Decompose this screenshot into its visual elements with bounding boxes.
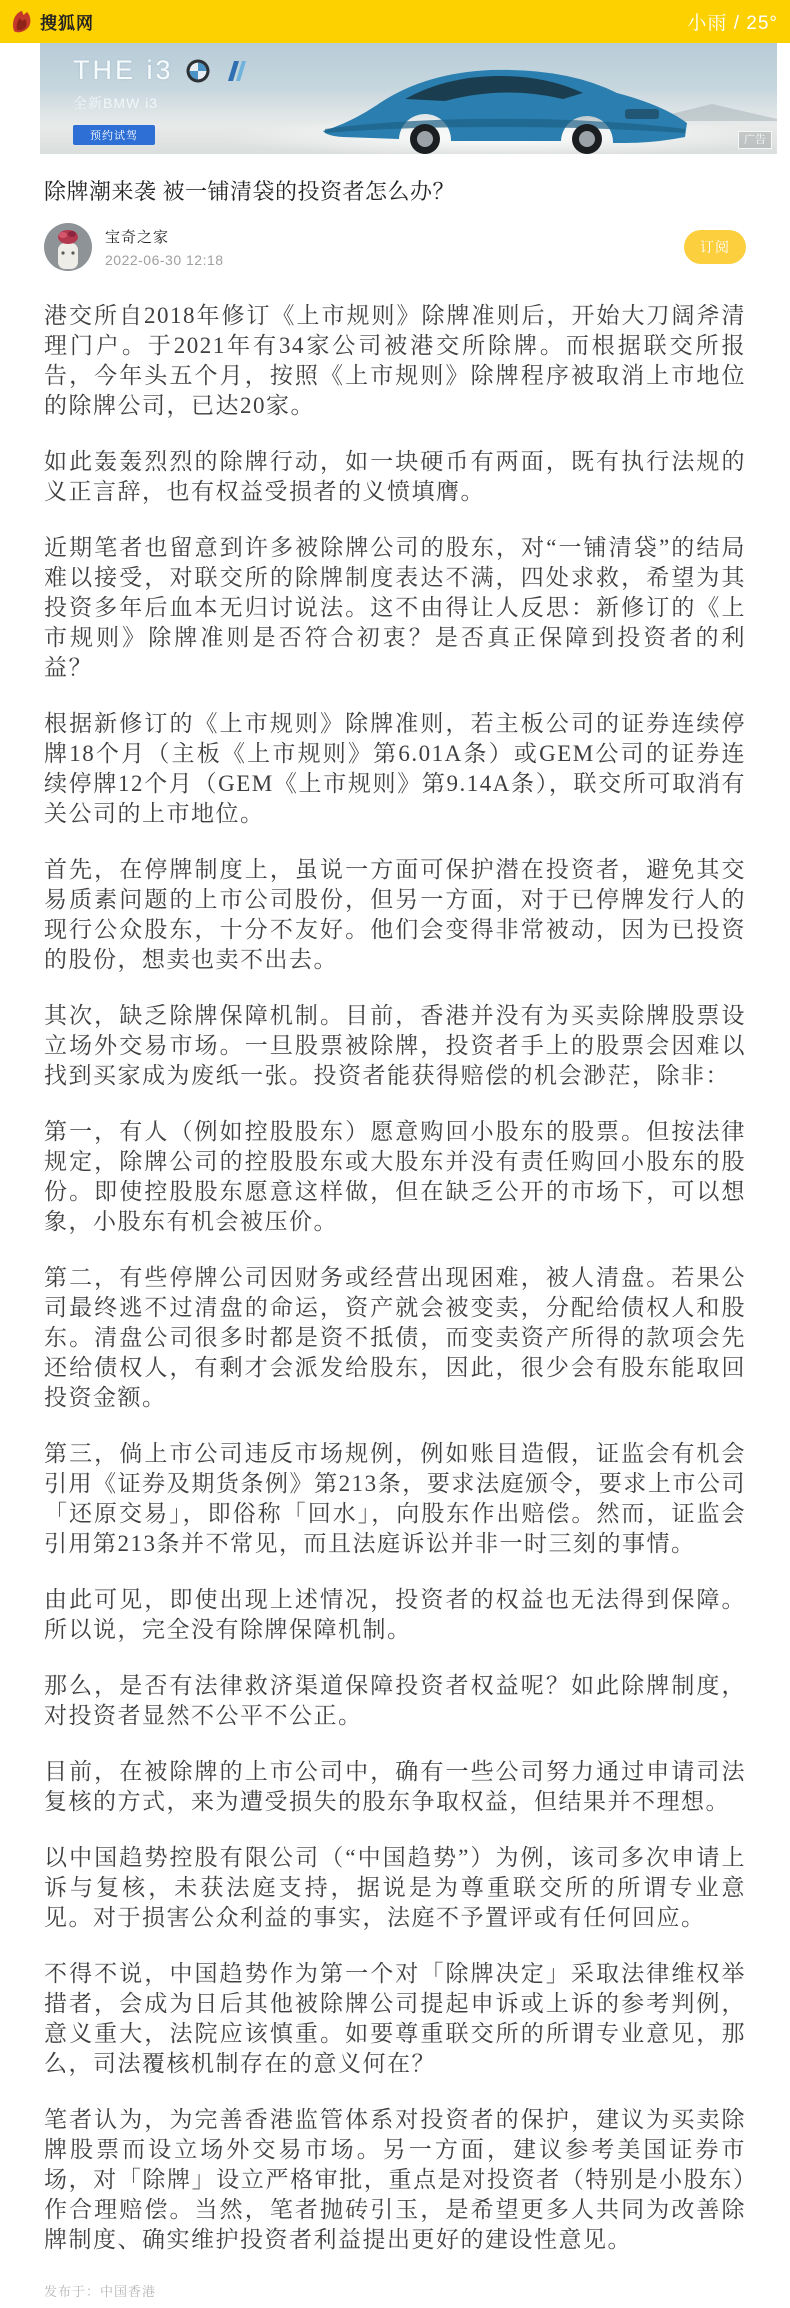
test-drive-button[interactable]: 预约试驾 (73, 125, 155, 145)
subscribe-button[interactable]: 订阅 (684, 230, 746, 264)
paragraph: 由此可见，即使出现上述情况，投资者的权益也无法得到保障。所以说，完全没有除牌保障… (44, 1585, 746, 1645)
paragraph: 如此轰轰烈烈的除牌行动，如一块硬币有两面，既有执行法规的义正言辞，也有权益受损者… (44, 447, 746, 507)
paragraph: 第三，倘上市公司违反市场规例，例如账目造假，证监会有机会引用《证券及期货条例》第… (44, 1439, 746, 1559)
banner-subline: 全新BMW i3 (73, 93, 252, 113)
paragraph: 其次，缺乏除牌保障机制。目前，香港并没有为买卖除牌股票设立场外交易市场。一旦股票… (44, 1001, 746, 1091)
paragraph: 首先，在停牌制度上，虽说一方面可保护潜在投资者，避免其交易质素问题的上市公司股份… (44, 855, 746, 975)
brand-name[interactable]: 搜狐网 (40, 9, 94, 34)
article-title: 除牌潮来袭 被一铺清袋的投资者怎么办？ (44, 175, 746, 206)
paragraph: 近期笔者也留意到许多被除牌公司的股东，对“一铺清袋”的结局难以接受，对联交所的除… (44, 533, 746, 683)
paragraph: 根据新修订的《上市规则》除牌准则，若主板公司的证券连续停牌18个月（主板《上市规… (44, 709, 746, 829)
sohu-brand[interactable]: 搜狐网 (9, 9, 94, 35)
sohu-fox-logo-icon (9, 9, 33, 35)
paragraph: 那么，是否有法律救济渠道保障投资者权益呢？如此除牌制度，对投资者显然不公平不公正… (44, 1671, 746, 1731)
paragraph: 不得不说，中国趋势作为第一个对「除牌决定」采取法律维权举措者，会成为日后其他被除… (44, 1959, 746, 2079)
publish-date: 2022-06-30 12:18 (105, 252, 684, 268)
banner-headline: THE i3 (73, 55, 174, 86)
weather-widget[interactable]: 小雨 / 25° (687, 8, 780, 35)
author-avatar[interactable] (44, 223, 92, 271)
published-location: 发布于：中国香港 (44, 2281, 746, 2300)
top-bar: 搜狐网 小雨 / 25° (0, 0, 790, 43)
paragraph: 第一，有人（例如控股股东）愿意购回小股东的股票。但按法律规定，除牌公司的控股股东… (44, 1117, 746, 1237)
ad-label: 广告 (738, 131, 772, 149)
car-image (295, 47, 715, 154)
ad-banner[interactable]: THE i3 全新BMW i3 预约试驾 广告 (40, 43, 777, 154)
author-row: 宝奇之家 2022-06-30 12:18 订阅 (44, 223, 746, 271)
article: 除牌潮来袭 被一铺清袋的投资者怎么办？ 宝奇之家 2022-06-30 12:1… (0, 175, 790, 2300)
paragraph: 以中国趋势控股有限公司（“中国趋势”）为例，该司多次申请上诉与复核，未获法庭支持… (44, 1843, 746, 1933)
paragraph: 港交所自2018年修订《上市规则》除牌准则后，开始大刀阔斧清理门户。于2021年… (44, 301, 746, 421)
paragraph: 笔者认为，为完善香港监管体系对投资者的保护，建议为买卖除牌股票而设立场外交易市场… (44, 2105, 746, 2255)
article-body: 港交所自2018年修订《上市规则》除牌准则后，开始大刀阔斧清理门户。于2021年… (44, 301, 746, 2255)
paragraph: 目前，在被除牌的上市公司中，确有一些公司努力通过申请司法复核的方式，来为遭受损失… (44, 1757, 746, 1817)
paragraph: 第二，有些停牌公司因财务或经营出现困难，被人清盘。若果公司最终逃不过清盘的命运，… (44, 1263, 746, 1413)
bmw-roundel-icon (186, 59, 210, 83)
bmw-i-logo-icon (222, 61, 252, 81)
author-name[interactable]: 宝奇之家 (105, 226, 684, 247)
